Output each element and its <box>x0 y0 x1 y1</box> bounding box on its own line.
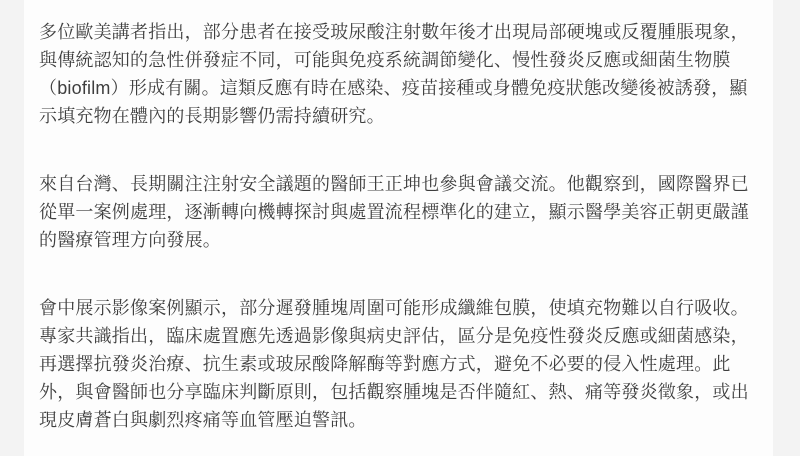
text-line: 從單一案例處理，逐漸轉向機轉探討與處置流程標準化的建立，顯示醫學美容正朝更嚴謹 <box>39 198 759 226</box>
text-line: 多位歐美講者指出，部分患者在接受玻尿酸注射數年後才出現局部硬塊或反覆腫脹現象， <box>39 18 759 46</box>
text-line: 會中展示影像案例顯示，部分遲發腫塊周圍可能形成纖維包膜，使填充物難以自行吸收。 <box>39 294 759 322</box>
article-body: 多位歐美講者指出，部分患者在接受玻尿酸注射數年後才出現局部硬塊或反覆腫脹現象， … <box>39 18 759 434</box>
text-line: 與傳統認知的急性併發症不同，可能與免疫系統調節變化、慢性發炎反應或細菌生物膜 <box>39 46 759 74</box>
article-content-column: 多位歐美講者指出，部分患者在接受玻尿酸注射數年後才出現局部硬塊或反覆腫脹現象， … <box>24 0 773 456</box>
text-line: 的醫療管理方向發展。 <box>39 226 759 254</box>
text-line: 來自台灣、長期關注注射安全議題的醫師王正坤也參與會議交流。他觀察到，國際醫界已 <box>39 170 759 198</box>
paragraph: 會中展示影像案例顯示，部分遲發腫塊周圍可能形成纖維包膜，使填充物難以自行吸收。 … <box>39 294 759 434</box>
text-line: 外，與會醫師也分享臨床判斷原則，包括觀察腫塊是否伴隨紅、熱、痛等發炎徵象，或出 <box>39 378 759 406</box>
text-line: 專家共識指出，臨床處置應先透過影像與病史評估，區分是免疫性發炎反應或細菌感染， <box>39 322 759 350</box>
paragraph: 多位歐美講者指出，部分患者在接受玻尿酸注射數年後才出現局部硬塊或反覆腫脹現象， … <box>39 18 759 130</box>
text-line: （biofilm）形成有關。這類反應有時在感染、疫苗接種或身體免疫狀態改變後被誘… <box>39 74 759 102</box>
text-line: 再選擇抗發炎治療、抗生素或玻尿酸降解酶等對應方式，避免不必要的侵入性處理。此 <box>39 350 759 378</box>
text-line: 現皮膚蒼白與劇烈疼痛等血管壓迫警訊。 <box>39 406 759 434</box>
text-line: 示填充物在體內的長期影響仍需持續研究。 <box>39 102 759 130</box>
paragraph: 來自台灣、長期關注注射安全議題的醫師王正坤也參與會議交流。他觀察到，國際醫界已 … <box>39 170 759 254</box>
